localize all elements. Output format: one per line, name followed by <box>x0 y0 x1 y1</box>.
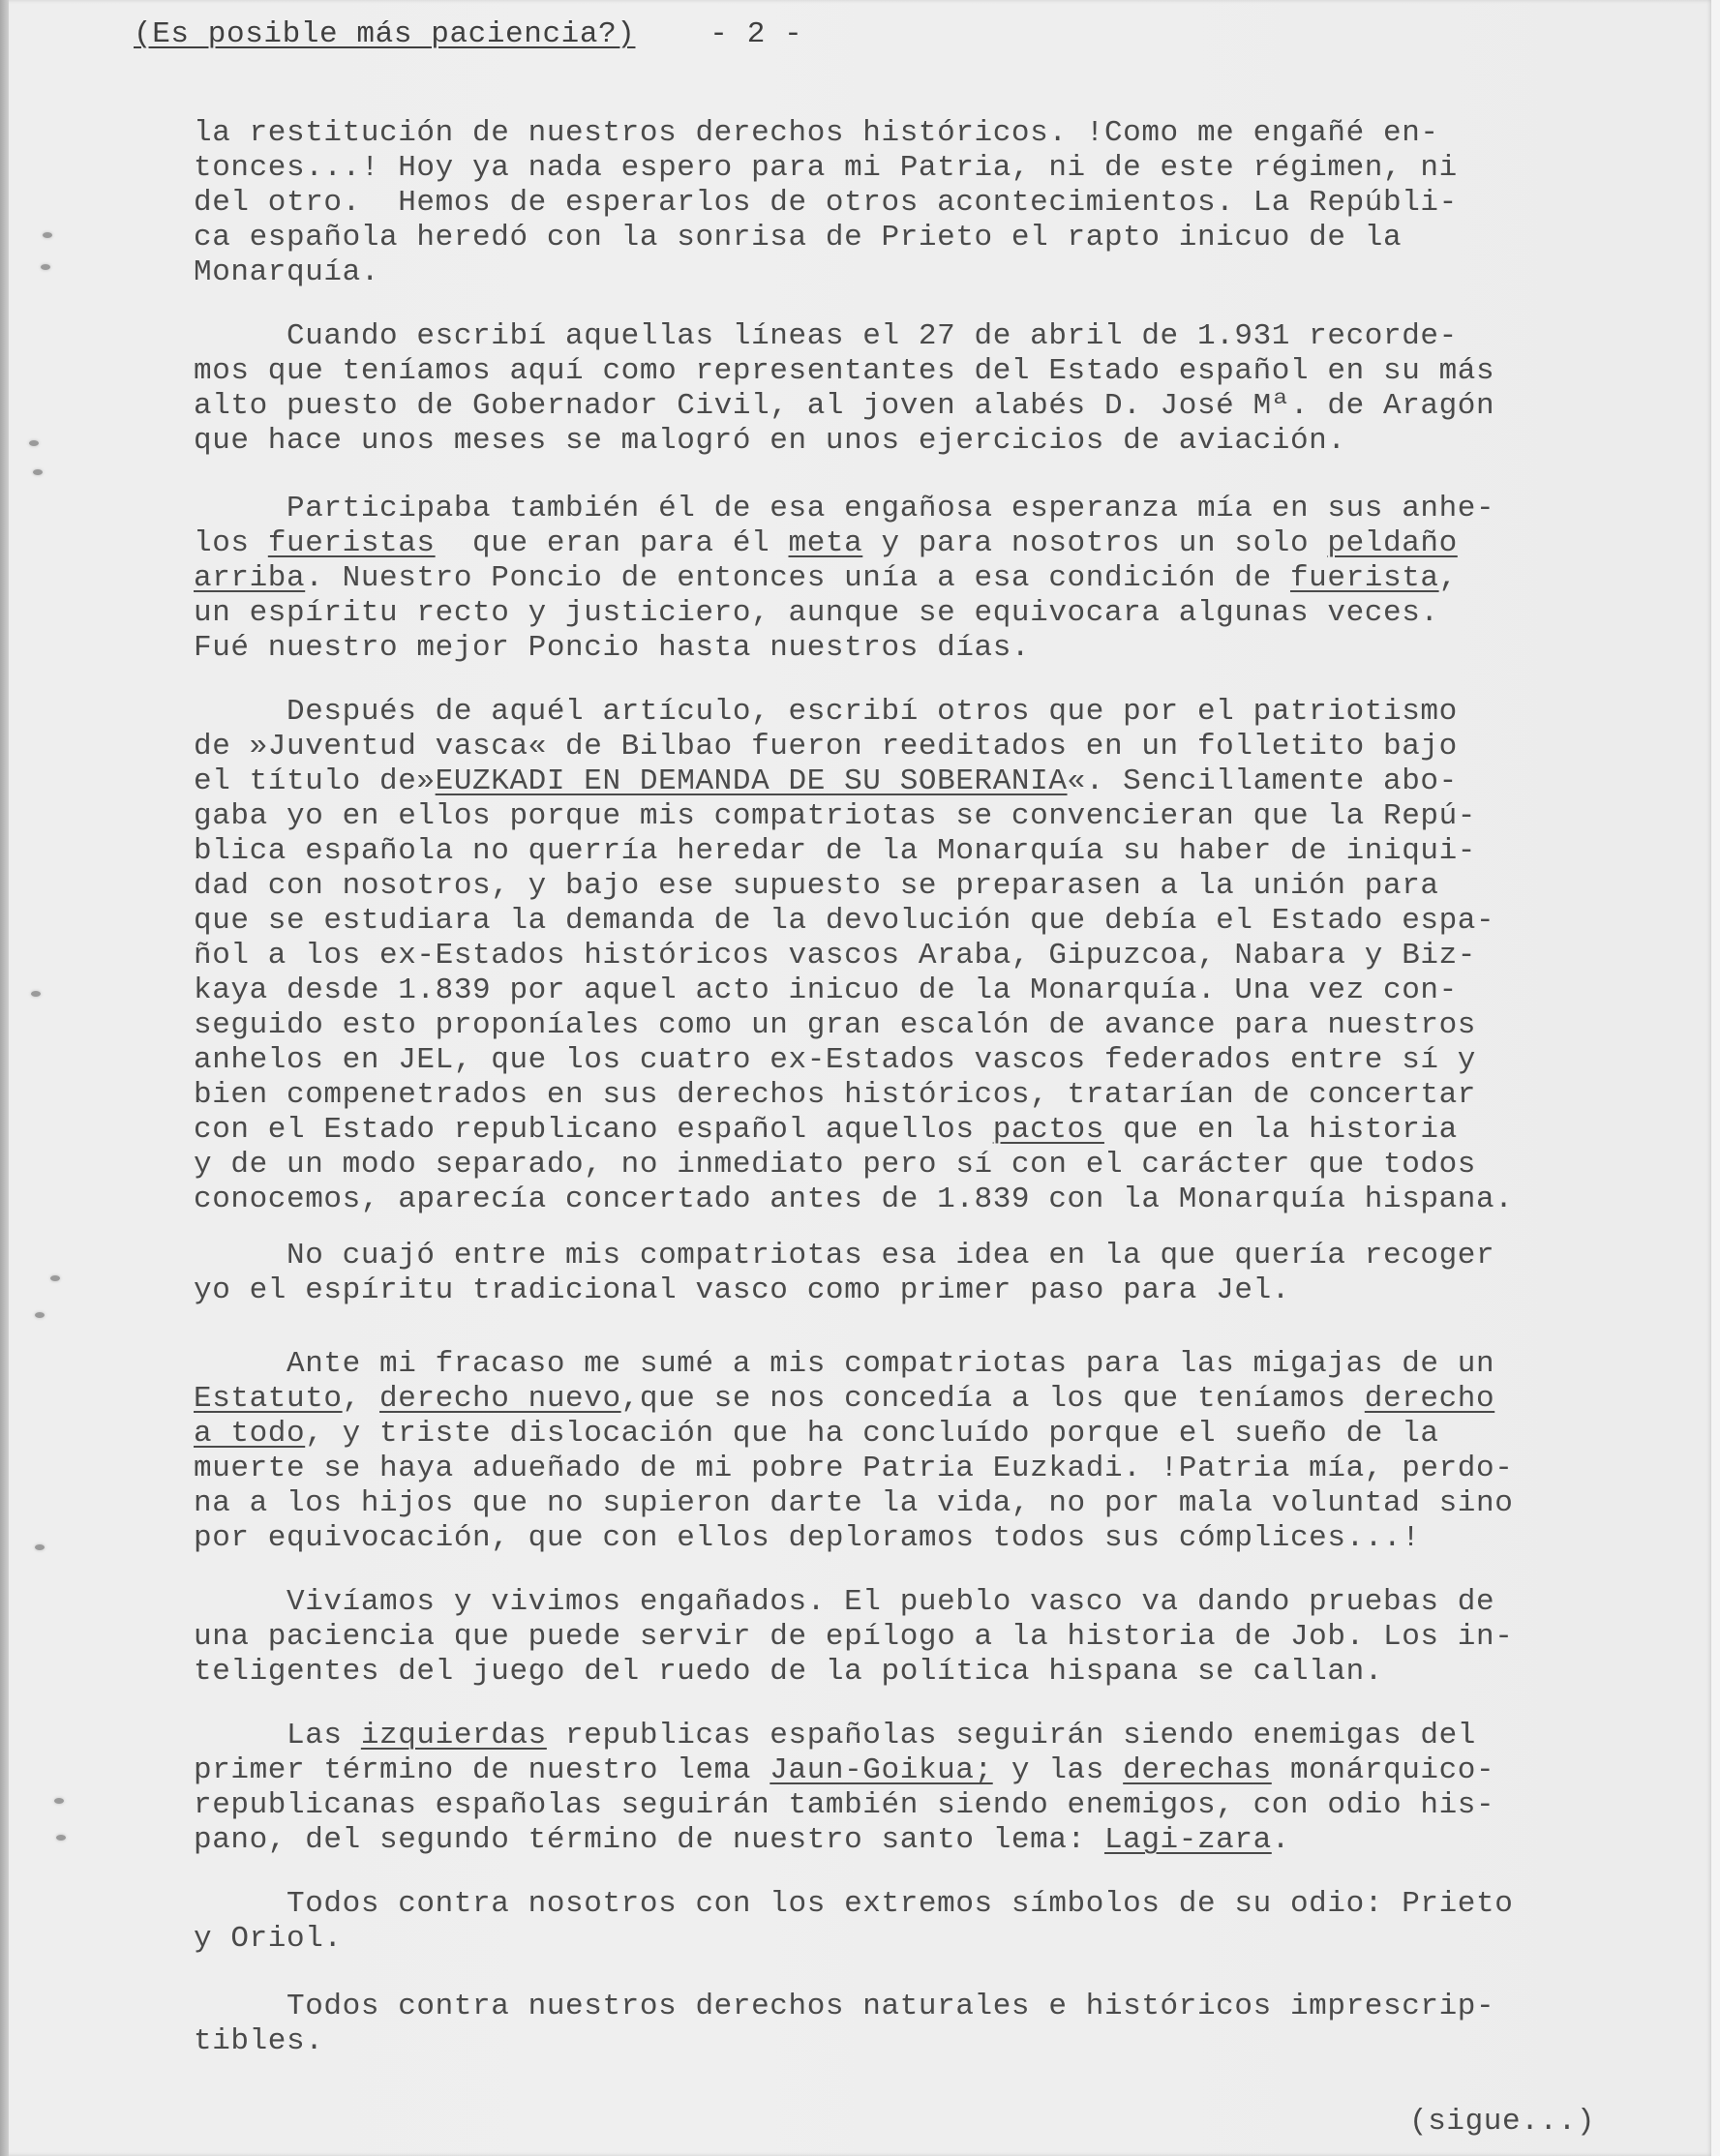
paragraph: Ante mi fracaso me sumé a mis compatriot… <box>194 1347 1513 1556</box>
text-segment: ,que se nos concedía a los que teníamos <box>621 1382 1365 1416</box>
text-line: un espíritu recto y justiciero, aunque s… <box>194 596 1494 631</box>
punch-hole-mark <box>31 991 41 997</box>
text-line: Las izquierdas republicas españolas segu… <box>194 1719 1494 1753</box>
text-line: bien compenetrados en sus derechos histó… <box>194 1078 1513 1113</box>
text-segment: Las <box>194 1719 361 1752</box>
text-segment: yo el espíritu tradicional vasco como pr… <box>194 1273 1290 1307</box>
text-line: na a los hijos que no supieron darte la … <box>194 1486 1513 1521</box>
text-line: la restitución de nuestros derechos hist… <box>194 116 1458 151</box>
text-line: el título de»EUZKADI EN DEMANDA DE SU SO… <box>194 764 1513 799</box>
paragraph: Vivíamos y vivimos engañados. El pueblo … <box>194 1585 1513 1690</box>
text-segment: ñol a los ex-Estados históricos vascos A… <box>194 939 1476 973</box>
text-segment: seguido esto proponíales como un gran es… <box>194 1008 1476 1042</box>
scan-left-edge <box>0 0 9 2156</box>
text-line: conocemos, aparecía concertado antes de … <box>194 1183 1513 1217</box>
text-segment: tibles. <box>194 2024 323 2058</box>
text-line: ñol a los ex-Estados históricos vascos A… <box>194 939 1513 973</box>
punch-hole-mark <box>33 469 43 475</box>
text-segment: Todos contra nuestros derechos naturales… <box>194 1990 1494 2023</box>
text-segment: ca española heredó con la sonrisa de Pri… <box>194 221 1402 255</box>
punch-hole-mark <box>56 1835 66 1841</box>
text-line: Vivíamos y vivimos engañados. El pueblo … <box>194 1585 1513 1620</box>
text-segment: Todos contra nosotros con los extremos s… <box>194 1887 1513 1921</box>
text-line: Ante mi fracaso me sumé a mis compatriot… <box>194 1347 1513 1382</box>
punch-hole-mark <box>50 1275 60 1281</box>
punch-hole-mark <box>43 232 52 238</box>
punch-hole-mark <box>35 1312 45 1318</box>
text-segment: anhelos en JEL, que los cuatro ex-Estado… <box>194 1043 1476 1077</box>
underlined-phrase: derechas <box>1123 1753 1272 1787</box>
text-line: kaya desde 1.839 por aquel acto inicuo d… <box>194 973 1513 1008</box>
text-line: con el Estado republicano español aquell… <box>194 1113 1513 1148</box>
text-segment: Fué nuestro mejor Poncio hasta nuestros … <box>194 631 1030 665</box>
text-segment: , <box>343 1382 379 1416</box>
text-line: republicanas españolas seguirán también … <box>194 1788 1494 1823</box>
text-line: que hace unos meses se malogró en unos e… <box>194 424 1494 459</box>
text-line: Todos contra nuestros derechos naturales… <box>194 1990 1494 2024</box>
paragraph: Todos contra nosotros con los extremos s… <box>194 1887 1513 1957</box>
text-segment: Monarquía. <box>194 255 379 289</box>
text-segment: una paciencia que puede servir de epílog… <box>194 1620 1513 1654</box>
text-line: los fueristas que eran para él meta y pa… <box>194 526 1494 561</box>
text-segment: monárquico- <box>1272 1753 1494 1787</box>
text-segment: y Oriol. <box>194 1922 343 1956</box>
text-segment: , y triste dislocación que ha concluído … <box>305 1417 1438 1451</box>
text-line: muerte se haya adueñado de mi pobre Patr… <box>194 1452 1513 1486</box>
text-line: Fué nuestro mejor Poncio hasta nuestros … <box>194 631 1494 666</box>
text-segment: del otro. Hemos de esperarlos de otros a… <box>194 186 1458 220</box>
text-segment: primer término de nuestro lema <box>194 1753 769 1787</box>
text-line: Después de aquél artículo, escribí otros… <box>194 695 1513 730</box>
text-segment: . Nuestro Poncio de entonces unía a esa … <box>305 561 1290 595</box>
page-number: - 2 - <box>709 17 802 51</box>
text-segment: gaba yo en ellos porque mis compatriotas… <box>194 799 1476 833</box>
underlined-phrase: Estatuto <box>194 1382 343 1416</box>
text-segment: conocemos, aparecía concertado antes de … <box>194 1183 1513 1216</box>
text-segment: y para nosotros un solo <box>862 526 1327 560</box>
text-segment: de »Juventud vasca« de Bilbao fueron ree… <box>194 730 1458 764</box>
underlined-phrase: fuerista <box>1290 561 1439 595</box>
text-segment: bien compenetrados en sus derechos histó… <box>194 1078 1476 1112</box>
text-line: Estatuto, derecho nuevo,que se nos conce… <box>194 1382 1513 1417</box>
text-segment: el título de» <box>194 764 436 798</box>
paragraph: Después de aquél artículo, escribí otros… <box>194 695 1513 1217</box>
paragraph: Participaba también él de esa engañosa e… <box>194 492 1494 666</box>
text-line: anhelos en JEL, que los cuatro ex-Estado… <box>194 1043 1513 1078</box>
text-segment: que se estudiara la demanda de la devolu… <box>194 904 1494 938</box>
text-segment: , <box>1439 561 1458 595</box>
text-line: teligentes del juego del ruedo de la pol… <box>194 1655 1513 1690</box>
text-line: blica española no querría heredar de la … <box>194 834 1513 869</box>
text-segment: que hace unos meses se malogró en unos e… <box>194 424 1346 458</box>
underlined-phrase: derecho <box>1365 1382 1494 1416</box>
text-line: y Oriol. <box>194 1922 1513 1957</box>
text-segment: Después de aquél artículo, escribí otros… <box>194 695 1458 729</box>
text-line: primer término de nuestro lema Jaun-Goik… <box>194 1753 1494 1788</box>
punch-hole-mark <box>35 1544 45 1550</box>
underlined-phrase: fueristas <box>268 526 436 560</box>
text-line: gaba yo en ellos porque mis compatriotas… <box>194 799 1513 834</box>
text-segment: . <box>1272 1823 1290 1857</box>
text-line: Todos contra nosotros con los extremos s… <box>194 1887 1513 1922</box>
text-line: arriba. Nuestro Poncio de entonces unía … <box>194 561 1494 596</box>
text-segment: pano, del segundo término de nuestro san… <box>194 1823 1104 1857</box>
text-line: una paciencia que puede servir de epílog… <box>194 1620 1513 1655</box>
text-line: dad con nosotros, y bajo ese supuesto se… <box>194 869 1513 904</box>
underlined-phrase: meta <box>789 526 863 560</box>
text-segment: Cuando escribí aquellas líneas el 27 de … <box>194 319 1458 353</box>
underlined-phrase: Lagi-zara <box>1104 1823 1272 1857</box>
text-segment: teligentes del juego del ruedo de la pol… <box>194 1655 1383 1689</box>
text-segment: Participaba también él de esa engañosa e… <box>194 492 1494 525</box>
underlined-phrase: derecho nuevo <box>379 1382 621 1416</box>
text-line: Participaba también él de esa engañosa e… <box>194 492 1494 526</box>
document-page: (Es posible más paciencia?) - 2 - la res… <box>0 0 1713 2156</box>
text-segment: blica española no querría heredar de la … <box>194 834 1476 868</box>
text-segment: alto puesto de Gobernador Civil, al jove… <box>194 389 1494 423</box>
text-segment: No cuajó entre mis compatriotas esa idea… <box>194 1239 1494 1273</box>
text-line: tonces...! Hoy ya nada espero para mi Pa… <box>194 151 1458 186</box>
underlined-phrase: pactos <box>993 1113 1104 1147</box>
text-line: de »Juventud vasca« de Bilbao fueron ree… <box>194 730 1513 764</box>
text-line: tibles. <box>194 2024 1494 2059</box>
text-segment: mos que teníamos aquí como representante… <box>194 354 1494 388</box>
page-header: (Es posible más paciencia?) - 2 - <box>134 17 802 52</box>
text-line: yo el espíritu tradicional vasco como pr… <box>194 1273 1494 1308</box>
continuation-note: (sigue...) <box>1409 2105 1595 2140</box>
text-line: No cuajó entre mis compatriotas esa idea… <box>194 1239 1494 1273</box>
text-segment: por equivocación, que con ellos deploram… <box>194 1521 1420 1555</box>
paragraph: la restitución de nuestros derechos hist… <box>194 116 1458 290</box>
scan-right-edge <box>1711 0 1720 2156</box>
text-segment: la restitución de nuestros derechos hist… <box>194 116 1439 150</box>
paragraph: Todos contra nuestros derechos naturales… <box>194 1990 1494 2059</box>
text-segment: muerte se haya adueñado de mi pobre Patr… <box>194 1452 1513 1485</box>
text-line: que se estudiara la demanda de la devolu… <box>194 904 1513 939</box>
text-line: del otro. Hemos de esperarlos de otros a… <box>194 186 1458 221</box>
text-segment: los <box>194 526 268 560</box>
text-segment: Vivíamos y vivimos engañados. El pueblo … <box>194 1585 1494 1619</box>
text-segment: un espíritu recto y justiciero, aunque s… <box>194 596 1439 630</box>
text-line: pano, del segundo término de nuestro san… <box>194 1823 1494 1858</box>
underlined-phrase: a todo <box>194 1417 305 1451</box>
text-segment: «. Sencillamente abo- <box>1068 764 1458 798</box>
document-title: (Es posible más paciencia?) <box>134 17 635 51</box>
text-segment: na a los hijos que no supieron darte la … <box>194 1486 1513 1520</box>
underlined-phrase: peldaño <box>1327 526 1457 560</box>
text-line: Monarquía. <box>194 255 1458 290</box>
text-segment: republicanas españolas seguirán también … <box>194 1788 1494 1822</box>
text-line: por equivocación, que con ellos deploram… <box>194 1521 1513 1556</box>
text-segment: dad con nosotros, y bajo ese supuesto se… <box>194 869 1439 903</box>
underlined-phrase: EUZKADI EN DEMANDA DE SU SOBERANIA <box>436 764 1068 798</box>
text-line: a todo, y triste dislocación que ha conc… <box>194 1417 1513 1452</box>
punch-hole-mark <box>41 264 50 270</box>
paragraph: Las izquierdas republicas españolas segu… <box>194 1719 1494 1858</box>
text-segment: con el Estado republicano español aquell… <box>194 1113 993 1147</box>
underlined-phrase: Jaun-Goikua; <box>769 1753 992 1787</box>
text-line: mos que teníamos aquí como representante… <box>194 354 1494 389</box>
text-line: y de un modo separado, no inmediato pero… <box>194 1148 1513 1183</box>
text-line: Cuando escribí aquellas líneas el 27 de … <box>194 319 1494 354</box>
text-segment: Ante mi fracaso me sumé a mis compatriot… <box>194 1347 1494 1381</box>
text-segment: y de un modo separado, no inmediato pero… <box>194 1148 1476 1182</box>
paragraph: No cuajó entre mis compatriotas esa idea… <box>194 1239 1494 1308</box>
text-segment: kaya desde 1.839 por aquel acto inicuo d… <box>194 973 1458 1007</box>
text-segment: que eran para él <box>436 526 789 560</box>
underlined-phrase: izquierdas <box>361 1719 547 1752</box>
text-segment: que en la historia <box>1104 1113 1458 1147</box>
text-segment: y las <box>993 1753 1123 1787</box>
punch-hole-mark <box>29 440 39 446</box>
text-line: seguido esto proponíales como un gran es… <box>194 1008 1513 1043</box>
text-segment: republicas españolas seguirán siendo ene… <box>547 1719 1476 1752</box>
underlined-phrase: arriba <box>194 561 305 595</box>
text-line: alto puesto de Gobernador Civil, al jove… <box>194 389 1494 424</box>
punch-hole-mark <box>54 1798 64 1804</box>
text-segment: tonces...! Hoy ya nada espero para mi Pa… <box>194 151 1458 185</box>
text-line: ca española heredó con la sonrisa de Pri… <box>194 221 1458 255</box>
paragraph: Cuando escribí aquellas líneas el 27 de … <box>194 319 1494 459</box>
